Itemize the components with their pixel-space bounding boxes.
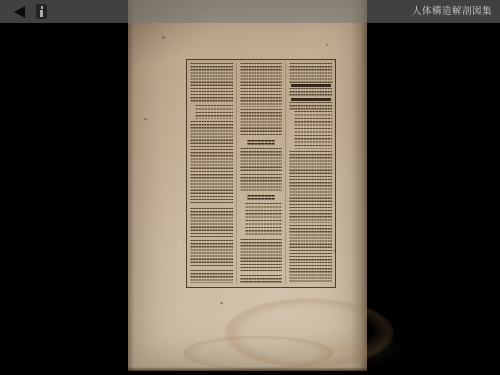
- foxing-speck: [326, 44, 328, 46]
- printed-text-block: [186, 59, 336, 288]
- text-segment-para: [240, 109, 283, 137]
- text-segment-list: [294, 111, 332, 149]
- text-segment-para: [190, 240, 233, 268]
- text-segment-para: [289, 102, 332, 110]
- paper-stain: [183, 336, 333, 370]
- info-icon: [41, 6, 43, 9]
- info-button[interactable]: [36, 4, 47, 19]
- text-segment-para: [190, 270, 233, 283]
- text-segment-para: [240, 275, 283, 284]
- text-segment-para: [289, 63, 332, 83]
- text-segment-para: [240, 63, 283, 107]
- text-segment-para: [289, 265, 332, 283]
- back-arrow-icon: [14, 6, 25, 18]
- text-segment-para: [240, 174, 283, 192]
- text-column-2: [236, 63, 283, 284]
- text-segment-para: [289, 151, 332, 177]
- text-segment-para: [289, 179, 332, 223]
- page-left-edge-shadow: [128, 0, 134, 371]
- text-segment-list: [195, 105, 233, 119]
- info-icon: [40, 10, 43, 17]
- text-column-3: [285, 63, 332, 284]
- text-segment-para: [190, 121, 233, 147]
- back-button[interactable]: [12, 2, 32, 21]
- foxing-speck: [162, 36, 165, 39]
- text-column-1: [190, 63, 233, 284]
- text-segment-para: [289, 225, 332, 263]
- foxing-speck: [220, 302, 223, 304]
- text-segment-para: [240, 239, 283, 273]
- foxing-speck: [333, 250, 335, 252]
- viewer-stage: 人体構造解剖図集: [0, 0, 500, 375]
- text-segment-para: [240, 148, 283, 172]
- text-segment-list: [245, 203, 283, 237]
- text-segment-para: [190, 149, 233, 169]
- text-segment-para: [190, 171, 233, 205]
- top-toolbar: 人体構造解剖図集: [0, 0, 500, 23]
- text-segment-para: [190, 63, 233, 103]
- foxing-speck: [144, 118, 147, 120]
- text-segment-para: [289, 88, 332, 97]
- document-title: 人体構造解剖図集: [412, 0, 492, 23]
- text-segment-para: [190, 208, 233, 238]
- scanned-page[interactable]: [128, 0, 367, 371]
